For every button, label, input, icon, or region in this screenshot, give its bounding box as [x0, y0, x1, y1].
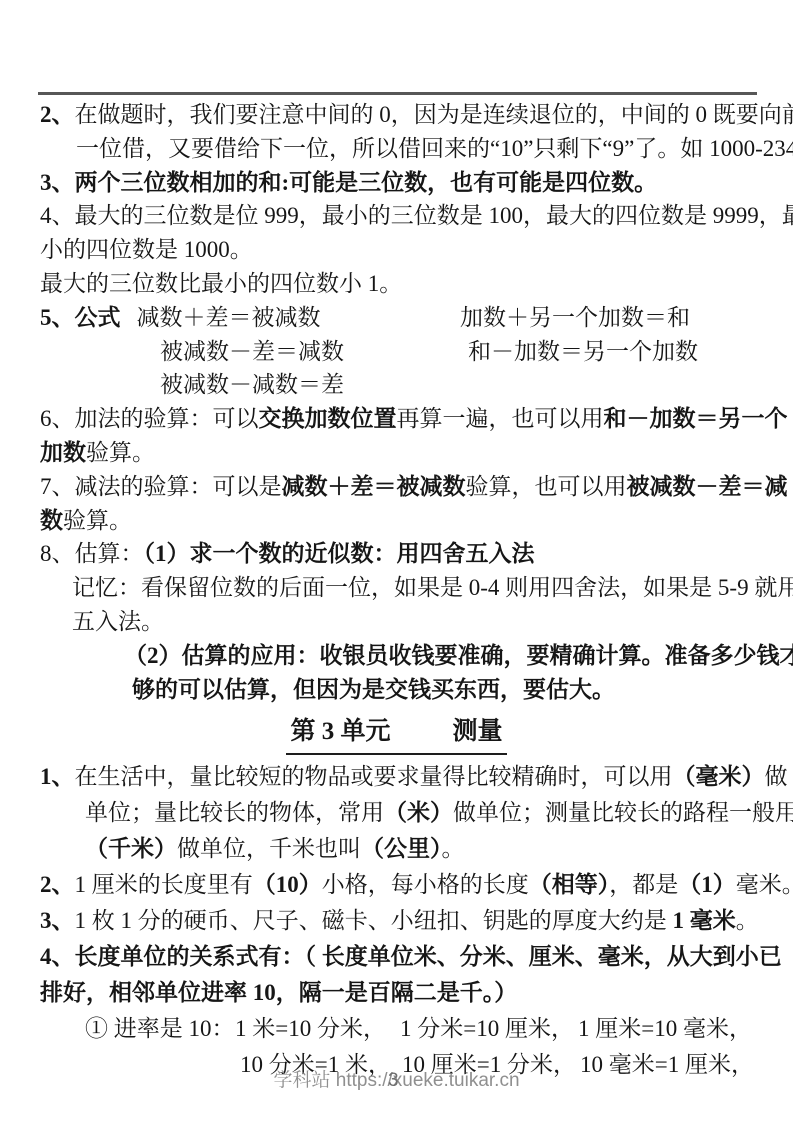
text-segment: （千米） [85, 836, 177, 861]
text-segment: 毫米。 [736, 872, 793, 897]
text-segment: 2、 [40, 872, 75, 897]
text-segment: 做单位；测量比较长的路程一般用 [453, 800, 793, 825]
text-segment: 1 米=10 分米， [235, 1011, 386, 1047]
notes-section-addition-subtraction: 2、在做题时，我们要注意中间的 0，因为是连续退位的，中间的 0 既要向前一位借… [0, 95, 793, 706]
text-line: 被减数－差＝减数和－加数＝另一个加数 [40, 335, 763, 369]
text-segment: 被减数－差＝减 [627, 474, 788, 499]
text-line: 2、1 厘米的长度里有（10）小格，每小格的长度（相等），都是（1）毫米。 [40, 867, 763, 903]
text-segment: 。 [736, 908, 759, 933]
text-segment: 4、长度单位的关系式有：（ 长度单位米、分米、厘米、毫米，从大到小已 [40, 944, 782, 969]
text-line: （千米）做单位，千米也叫（公里）。 [40, 831, 763, 867]
text-segment: 在生活中，量比较短的物品或要求量得比较精确时，可以用 [75, 764, 673, 789]
text-segment: 数 [40, 508, 63, 533]
text-segment: （1） [678, 872, 736, 897]
text-segment: 1 分米=10 厘米， [400, 1011, 574, 1047]
text-segment: 交换加数位置 [259, 406, 397, 431]
text-segment: 小格，每小格的长度 [322, 872, 529, 897]
text-segment: 单位；量比较长的物体，常用 [85, 800, 384, 825]
text-segment: 做单位，千米也叫 [177, 836, 361, 861]
text-line: 五入法。 [40, 605, 763, 639]
text-segment: 1 厘米的长度里有 [75, 872, 253, 897]
text-segment: （10） [253, 872, 322, 897]
text-segment: 1 厘米=10 毫米， [578, 1011, 752, 1047]
page-number: 3 [388, 1068, 399, 1094]
text-segment: 小的四位数是 1000。 [40, 237, 253, 262]
text-line: 加数验算。 [40, 436, 763, 470]
text-segment: 一位借，又要借给下一位，所以借回来的“10”只剩下“9”了。如 1000-234 [76, 136, 793, 161]
text-line: 4、长度单位的关系式有：（ 长度单位米、分米、厘米、毫米，从大到小已 [40, 939, 763, 975]
text-segment: 3、两个三位数相加的和:可能是三位数，也有可能是四位数。 [40, 170, 657, 195]
text-line: 够的可以估算，但因为是交钱买东西，要估大。 [40, 673, 763, 707]
text-segment: 4、最大的三位数是位 999，最小的三位数是 100，最大的四位数是 9999，… [40, 203, 793, 228]
section-heading-text: 第 3 单元测量 [286, 712, 506, 755]
text-segment: 3、 [40, 908, 75, 933]
text-segment: （公里） [361, 836, 442, 861]
unit-number: 第 3 单元 [290, 718, 390, 745]
text-segment: ① 进率是 10： [85, 1016, 235, 1041]
text-line: 6、加法的验算：可以交换加数位置再算一遍，也可以用和－加数＝另一个 [40, 402, 763, 436]
section-heading: 第 3 单元测量 [0, 712, 793, 755]
text-segment: 在做题时，我们要注意中间的 0，因为是连续退位的，中间的 0 既要向前 [75, 102, 793, 127]
text-line: 3、1 枚 1 分的硬币、尺子、磁卡、小纽扣、钥匙的厚度大约是 1 毫米。 [40, 903, 763, 939]
text-line: 3、两个三位数相加的和:可能是三位数，也有可能是四位数。 [40, 166, 763, 200]
text-segment: 1 枚 1 分的硬币、尺子、磁卡、小纽扣、钥匙的厚度大约是 [75, 908, 673, 933]
text-segment: （米） [384, 800, 453, 825]
text-line: 7、减法的验算：可以是减数＋差＝被减数验算，也可以用被减数－差＝减 [40, 470, 763, 504]
text-segment: （相等） [529, 872, 610, 897]
text-segment: 加数＋另一个加数＝和 [460, 301, 690, 335]
text-segment: 和－加数＝另一个加数 [468, 335, 698, 369]
text-segment: （1）求一个数的近似数：用四舍五入法 [144, 541, 535, 566]
text-segment: ，都是 [609, 872, 678, 897]
text-line: 被减数－减数＝差 [40, 368, 763, 402]
page-footer: 3 学科站 https://xueke.tuikar.cn [0, 1068, 793, 1094]
text-segment: 加数 [40, 440, 86, 465]
text-segment: 。 [442, 836, 465, 861]
text-line: 1、在生活中，量比较短的物品或要求量得比较精确时，可以用（毫米）做 [40, 759, 763, 795]
text-line: 一位借，又要借给下一位，所以借回来的“10”只剩下“9”了。如 1000-234 [40, 132, 763, 166]
text-segment: 和－加数＝另一个 [604, 406, 788, 431]
text-segment: 5、公式 [40, 305, 121, 330]
text-line: 最大的三位数比最小的四位数小 1。 [40, 267, 763, 301]
text-segment: 2、 [40, 102, 75, 127]
text-line: 排好，相邻单位进率 10，隔一是百隔二是千。） [40, 975, 763, 1011]
text-segment: 1、 [40, 764, 75, 789]
text-segment: 做 [765, 764, 788, 789]
text-segment: 最大的三位数比最小的四位数小 1。 [40, 271, 402, 296]
text-segment: 6、加法的验算：可以 [40, 406, 259, 431]
text-segment: 被减数－差＝减数 [160, 339, 344, 364]
text-line: 8、估算：（1）求一个数的近似数：用四舍五入法 [40, 537, 763, 571]
text-segment: 1 毫米 [673, 908, 736, 933]
text-segment: 8、估算： [40, 541, 144, 566]
text-segment: 7、减法的验算：可以是 [40, 474, 282, 499]
text-segment: 验算，也可以用 [466, 474, 627, 499]
text-segment: 再算一遍，也可以用 [397, 406, 604, 431]
text-segment: 减数＋差＝被减数 [137, 305, 321, 330]
text-segment: （2）估算的应用：收银员收钱要准确，要精确计算。准备多少钱才 [124, 643, 793, 668]
text-segment: 被减数－减数＝差 [160, 372, 344, 397]
text-line: 5、公式减数＋差＝被减数加数＋另一个加数＝和 [40, 301, 763, 335]
text-segment: 验算。 [63, 508, 132, 533]
unit-title: 测量 [453, 718, 503, 745]
text-segment: 够的可以估算，但因为是交钱买东西，要估大。 [132, 677, 615, 702]
text-segment: 减数＋差＝被减数 [282, 474, 466, 499]
text-line: 2、在做题时，我们要注意中间的 0，因为是连续退位的，中间的 0 既要向前 [40, 98, 763, 132]
text-line: ① 进率是 10：1 米=10 分米，1 分米=10 厘米，1 厘米=10 毫米… [40, 1011, 763, 1047]
text-segment: 五入法。 [72, 609, 164, 634]
text-segment: 验算。 [86, 440, 155, 465]
text-line: 数验算。 [40, 504, 763, 538]
text-segment: （毫米） [673, 764, 765, 789]
notes-section-measurement: 1、在生活中，量比较短的物品或要求量得比较精确时，可以用（毫米）做单位；量比较长… [0, 755, 793, 1083]
text-segment: 排好，相邻单位进率 10，隔一是百隔二是千。） [40, 980, 517, 1005]
text-segment: 记忆：看保留位数的后面一位，如果是 0-4 则用四舍法，如果是 5-9 就用 [72, 575, 793, 600]
document-page: 2、在做题时，我们要注意中间的 0，因为是连续退位的，中间的 0 既要向前一位借… [0, 0, 793, 1122]
text-line: 记忆：看保留位数的后面一位，如果是 0-4 则用四舍法，如果是 5-9 就用 [40, 571, 763, 605]
text-line: 4、最大的三位数是位 999，最小的三位数是 100，最大的四位数是 9999，… [40, 199, 763, 233]
text-line: 小的四位数是 1000。 [40, 233, 763, 267]
text-line: 单位；量比较长的物体，常用（米）做单位；测量比较长的路程一般用 [40, 795, 763, 831]
text-line: （2）估算的应用：收银员收钱要准确，要精确计算。准备多少钱才 [40, 639, 763, 673]
